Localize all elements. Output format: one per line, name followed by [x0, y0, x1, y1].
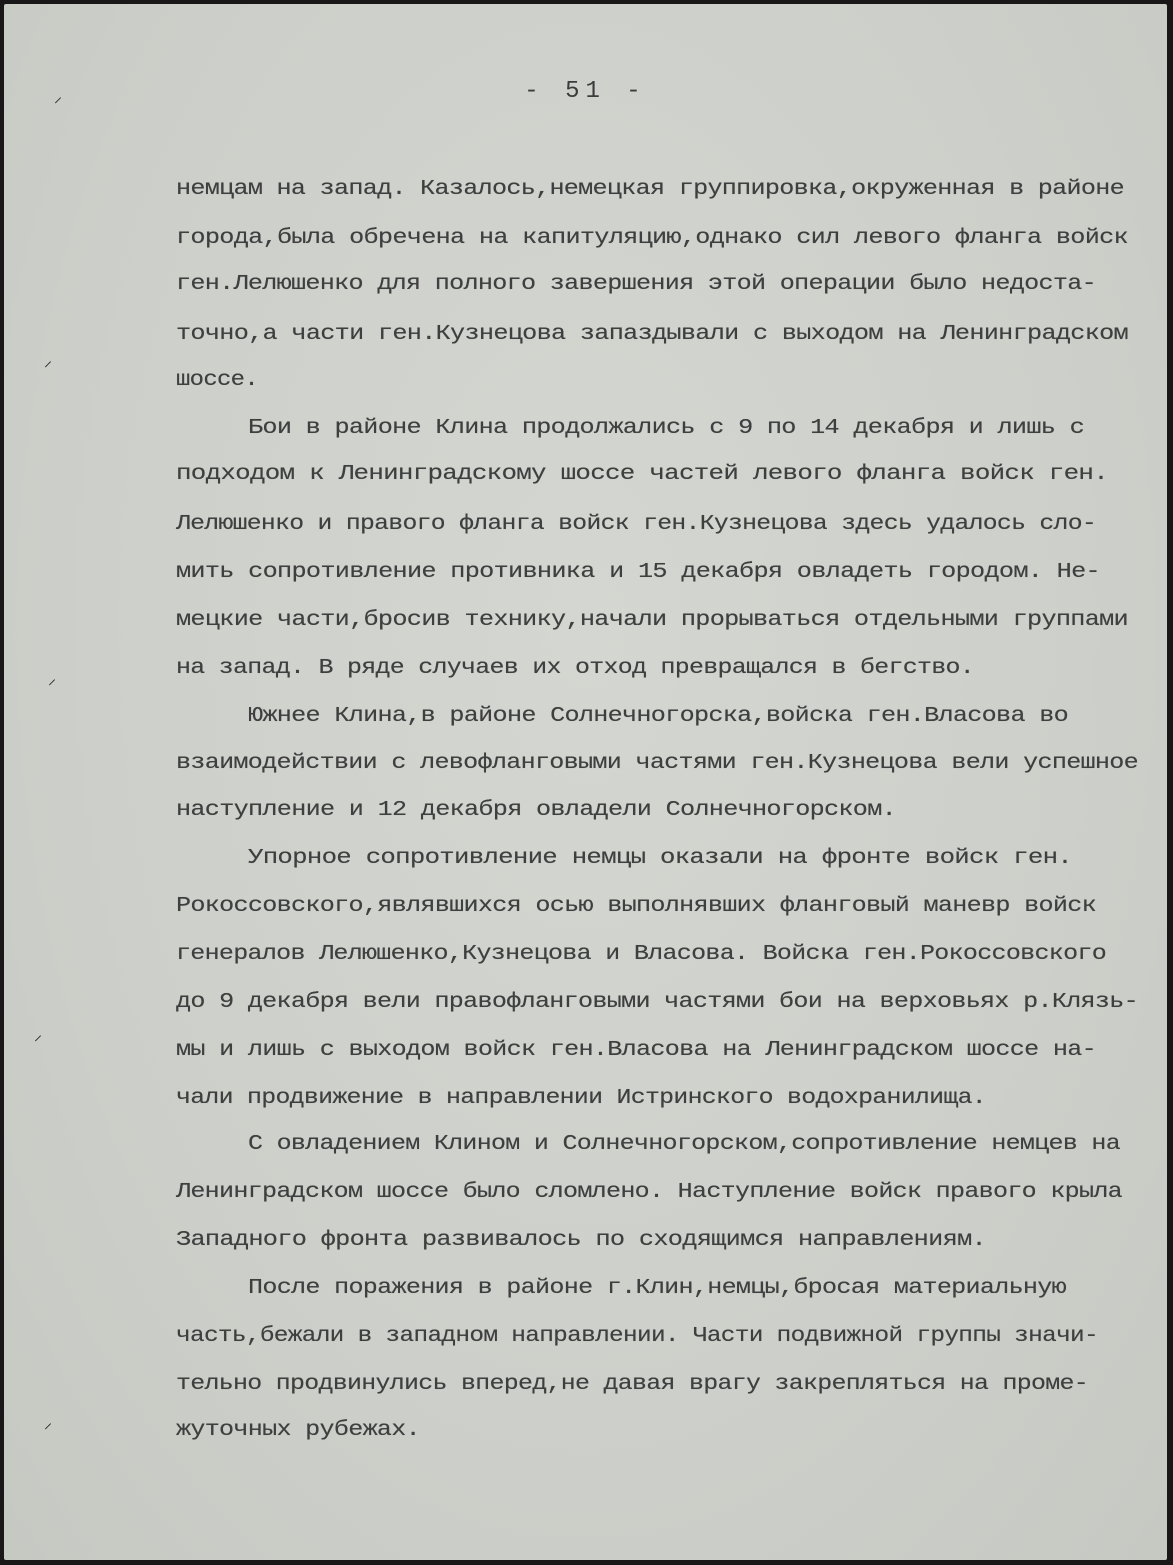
text-line: С овладением Клином и Солнечногорском,со… [248, 1132, 1120, 1156]
binding-hole-mark: ⸝ [44, 354, 58, 368]
text-line: Ленинградском шоссе было сломлено. Насту… [176, 1180, 1122, 1204]
binding-hole-mark: ⸝ [44, 1416, 58, 1430]
text-line: Рокоссовского,являвшихся осью выполнявши… [176, 894, 1096, 918]
binding-hole-mark: ⸝ [54, 90, 68, 104]
document-page: - 51 - ⸝ ⸝ ⸝ ⸝ ⸝ немцам на запад. Казало… [4, 4, 1167, 1560]
text-line: Упорное сопротивление немцы оказали на ф… [248, 846, 1072, 870]
page-number: - 51 - [4, 78, 1167, 105]
binding-hole-mark: ⸝ [34, 1028, 48, 1042]
text-line: взаимодействии с левофланговыми частями … [176, 751, 1138, 775]
text-line: Южнее Клина,в районе Солнечногорска,войс… [248, 704, 1068, 728]
text-line: После поражения в районе г.Клин,немцы,бр… [248, 1276, 1066, 1300]
text-line: чали продвижение в направлении Истринско… [176, 1086, 986, 1110]
binding-hole-mark: ⸝ [48, 672, 62, 686]
text-line: города,была обречена на капитуляцию,одна… [176, 226, 1128, 250]
text-line: жуточных рубежах. [176, 1418, 420, 1442]
text-line: Лелюшенко и правого фланга войск ген.Куз… [176, 512, 1096, 536]
text-line: мы и лишь с выходом войск ген.Власова на… [176, 1038, 1096, 1062]
text-line: Западного фронта развивалось по сходящим… [176, 1228, 986, 1252]
text-line: Бои в районе Клина продолжались с 9 по 1… [248, 416, 1084, 440]
text-line: часть,бежали в западном направлении. Час… [176, 1324, 1098, 1348]
text-line: мить сопротивление противника и 15 декаб… [176, 560, 1100, 584]
text-line: тельно продвинулись вперед,не давая враг… [176, 1372, 1088, 1396]
text-line: до 9 декабря вели правофланговыми частям… [176, 990, 1138, 1014]
text-line: ген.Лелюшенко для полного завершения это… [176, 272, 1096, 296]
text-line: мецкие части,бросив технику,начали проры… [176, 608, 1128, 632]
text-line: генералов Лелюшенко,Кузнецова и Власова.… [176, 942, 1106, 966]
text-line: шоссе. [176, 368, 258, 392]
text-line: наступление и 12 декабря овладели Солнеч… [176, 798, 896, 822]
text-line: немцам на запад. Казалось,немецкая групп… [176, 177, 1124, 201]
text-line: на запад. В ряде случаев их отход превра… [176, 656, 974, 680]
text-line: подходом к Ленинградскому шоссе частей л… [176, 462, 1108, 486]
text-line: точно,а части ген.Кузнецова запаздывали … [176, 322, 1128, 346]
